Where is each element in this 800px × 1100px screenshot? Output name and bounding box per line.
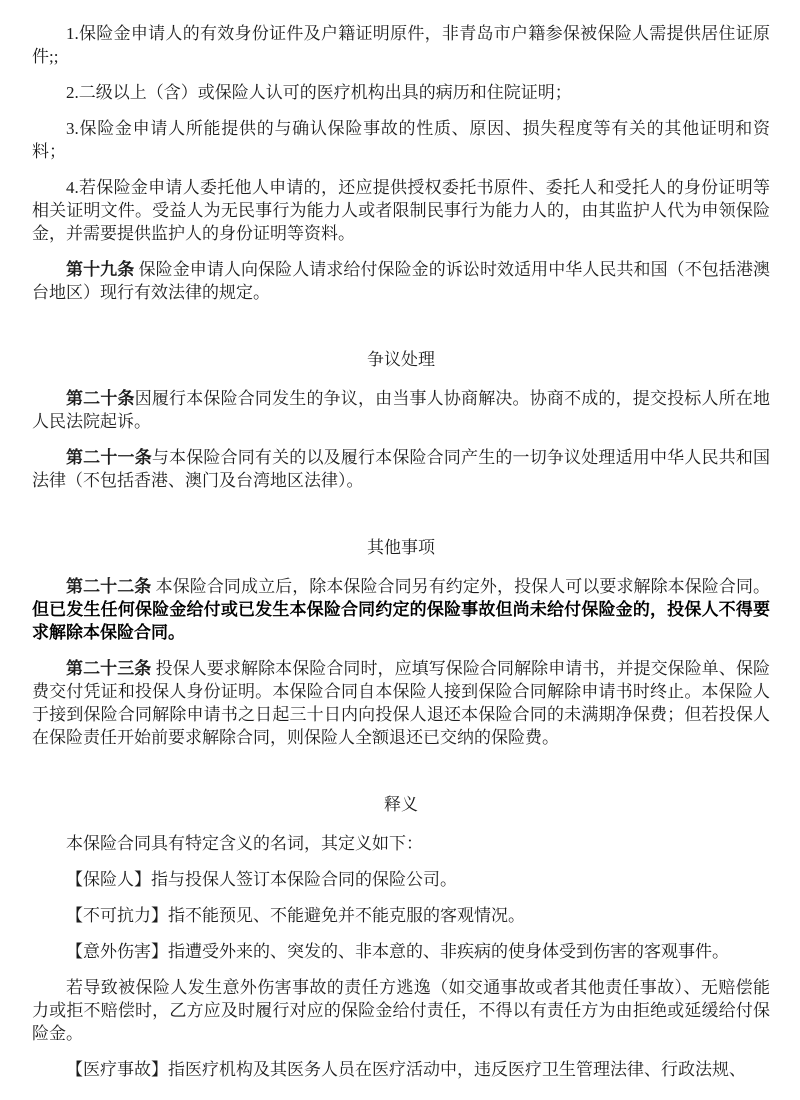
text-run: 【意外伤害】指遭受外来的、突发的、非本意的、非疾病的使身体受到伤害的客观事件。	[66, 942, 729, 961]
text-run: 【医疗事故】指医疗机构及其医务人员在医疗活动中，违反医疗卫生管理法律、行政法规、	[66, 1060, 746, 1079]
article-number: 第二十一条	[66, 448, 152, 467]
text-run: 若导致被保险人发生意外伤害事故的责任方逃逸（如交通事故或者其他责任事故）、无赔偿…	[32, 978, 770, 1043]
emphasis-clause: 但已发生任何保险金给付或已发生本保险合同约定的保险事故但尚未给付保险金的，投保人…	[32, 600, 770, 642]
section-heading: 其他事项	[32, 536, 770, 559]
paragraph: 3.保险金申请人所能提供的与确认保险事故的性质、原因、损失程度等有关的其他证明和…	[32, 117, 770, 163]
paragraph: 第二十条因履行本保险合同发生的争议，由当事人协商解决。协商不成的，提交投标人所在…	[32, 387, 770, 433]
paragraph: 4.若保险金申请人委托他人申请的，还应提供授权委托书原件、委托人和受托人的身份证…	[32, 176, 770, 245]
text-run: 保险金申请人向保险人请求给付保险金的诉讼时效适用中华人民共和国（不包括港澳台地区…	[32, 260, 770, 302]
paragraph: 第十九条 保险金申请人向保险人请求给付保险金的诉讼时效适用中华人民共和国（不包括…	[32, 258, 770, 304]
paragraph: 第二十一条与本保险合同有关的以及履行本保险合同产生的一切争议处理适用中华人民共和…	[32, 446, 770, 492]
section-heading: 争议处理	[32, 348, 770, 371]
text-run: 【保险人】指与投保人签订本保险合同的保险公司。	[66, 870, 457, 889]
paragraph: 若导致被保险人发生意外伤害事故的责任方逃逸（如交通事故或者其他责任事故）、无赔偿…	[32, 976, 770, 1045]
paragraph: 2.二级以上（含）或保险人认可的医疗机构出具的病历和住院证明；	[32, 81, 770, 104]
text-run: 1.保险金申请人的有效身份证件及户籍证明原件，非青岛市户籍参保被保险人需提供居住…	[32, 24, 770, 66]
article-number: 第二十三条	[66, 659, 151, 678]
text-run: 本保险合同成立后，除本保险合同另有约定外，投保人可以要求解除本保险合同。	[151, 577, 770, 596]
section-heading: 释义	[32, 793, 770, 816]
article-number: 第二十条	[66, 389, 135, 408]
paragraph: 第二十三条 投保人要求解除本保险合同时，应填写保险合同解除申请书，并提交保险单、…	[32, 657, 770, 749]
document-page: 1.保险金申请人的有效身份证件及户籍证明原件，非青岛市户籍参保被保险人需提供居住…	[0, 0, 800, 1100]
paragraph: 【意外伤害】指遭受外来的、突发的、非本意的、非疾病的使身体受到伤害的客观事件。	[32, 940, 770, 963]
heading-text: 其他事项	[367, 538, 435, 557]
text-run: 4.若保险金申请人委托他人申请的，还应提供授权委托书原件、委托人和受托人的身份证…	[32, 178, 770, 243]
article-number: 第十九条	[66, 260, 134, 279]
paragraph: 【不可抗力】指不能预见、不能避免并不能克服的客观情况。	[32, 904, 770, 927]
paragraph: 本保险合同具有特定含义的名词，其定义如下：	[32, 832, 770, 855]
article-number: 第二十二条	[66, 577, 151, 596]
paragraph: 1.保险金申请人的有效身份证件及户籍证明原件，非青岛市户籍参保被保险人需提供居住…	[32, 22, 770, 68]
text-run: 3.保险金申请人所能提供的与确认保险事故的性质、原因、损失程度等有关的其他证明和…	[32, 119, 770, 161]
heading-text: 争议处理	[367, 350, 435, 369]
paragraph: 【医疗事故】指医疗机构及其医务人员在医疗活动中，违反医疗卫生管理法律、行政法规、	[32, 1058, 770, 1081]
text-run: 【不可抗力】指不能预见、不能避免并不能克服的客观情况。	[66, 906, 525, 925]
text-run: 因履行本保险合同发生的争议，由当事人协商解决。协商不成的，提交投标人所在地人民法…	[32, 389, 770, 431]
paragraph: 第二十二条 本保险合同成立后，除本保险合同另有约定外，投保人可以要求解除本保险合…	[32, 575, 770, 644]
text-run: 2.二级以上（含）或保险人认可的医疗机构出具的病历和住院证明；	[66, 83, 572, 102]
text-run: 本保险合同具有特定含义的名词，其定义如下：	[66, 834, 423, 853]
heading-text: 释义	[384, 795, 418, 814]
paragraph: 【保险人】指与投保人签订本保险合同的保险公司。	[32, 868, 770, 891]
